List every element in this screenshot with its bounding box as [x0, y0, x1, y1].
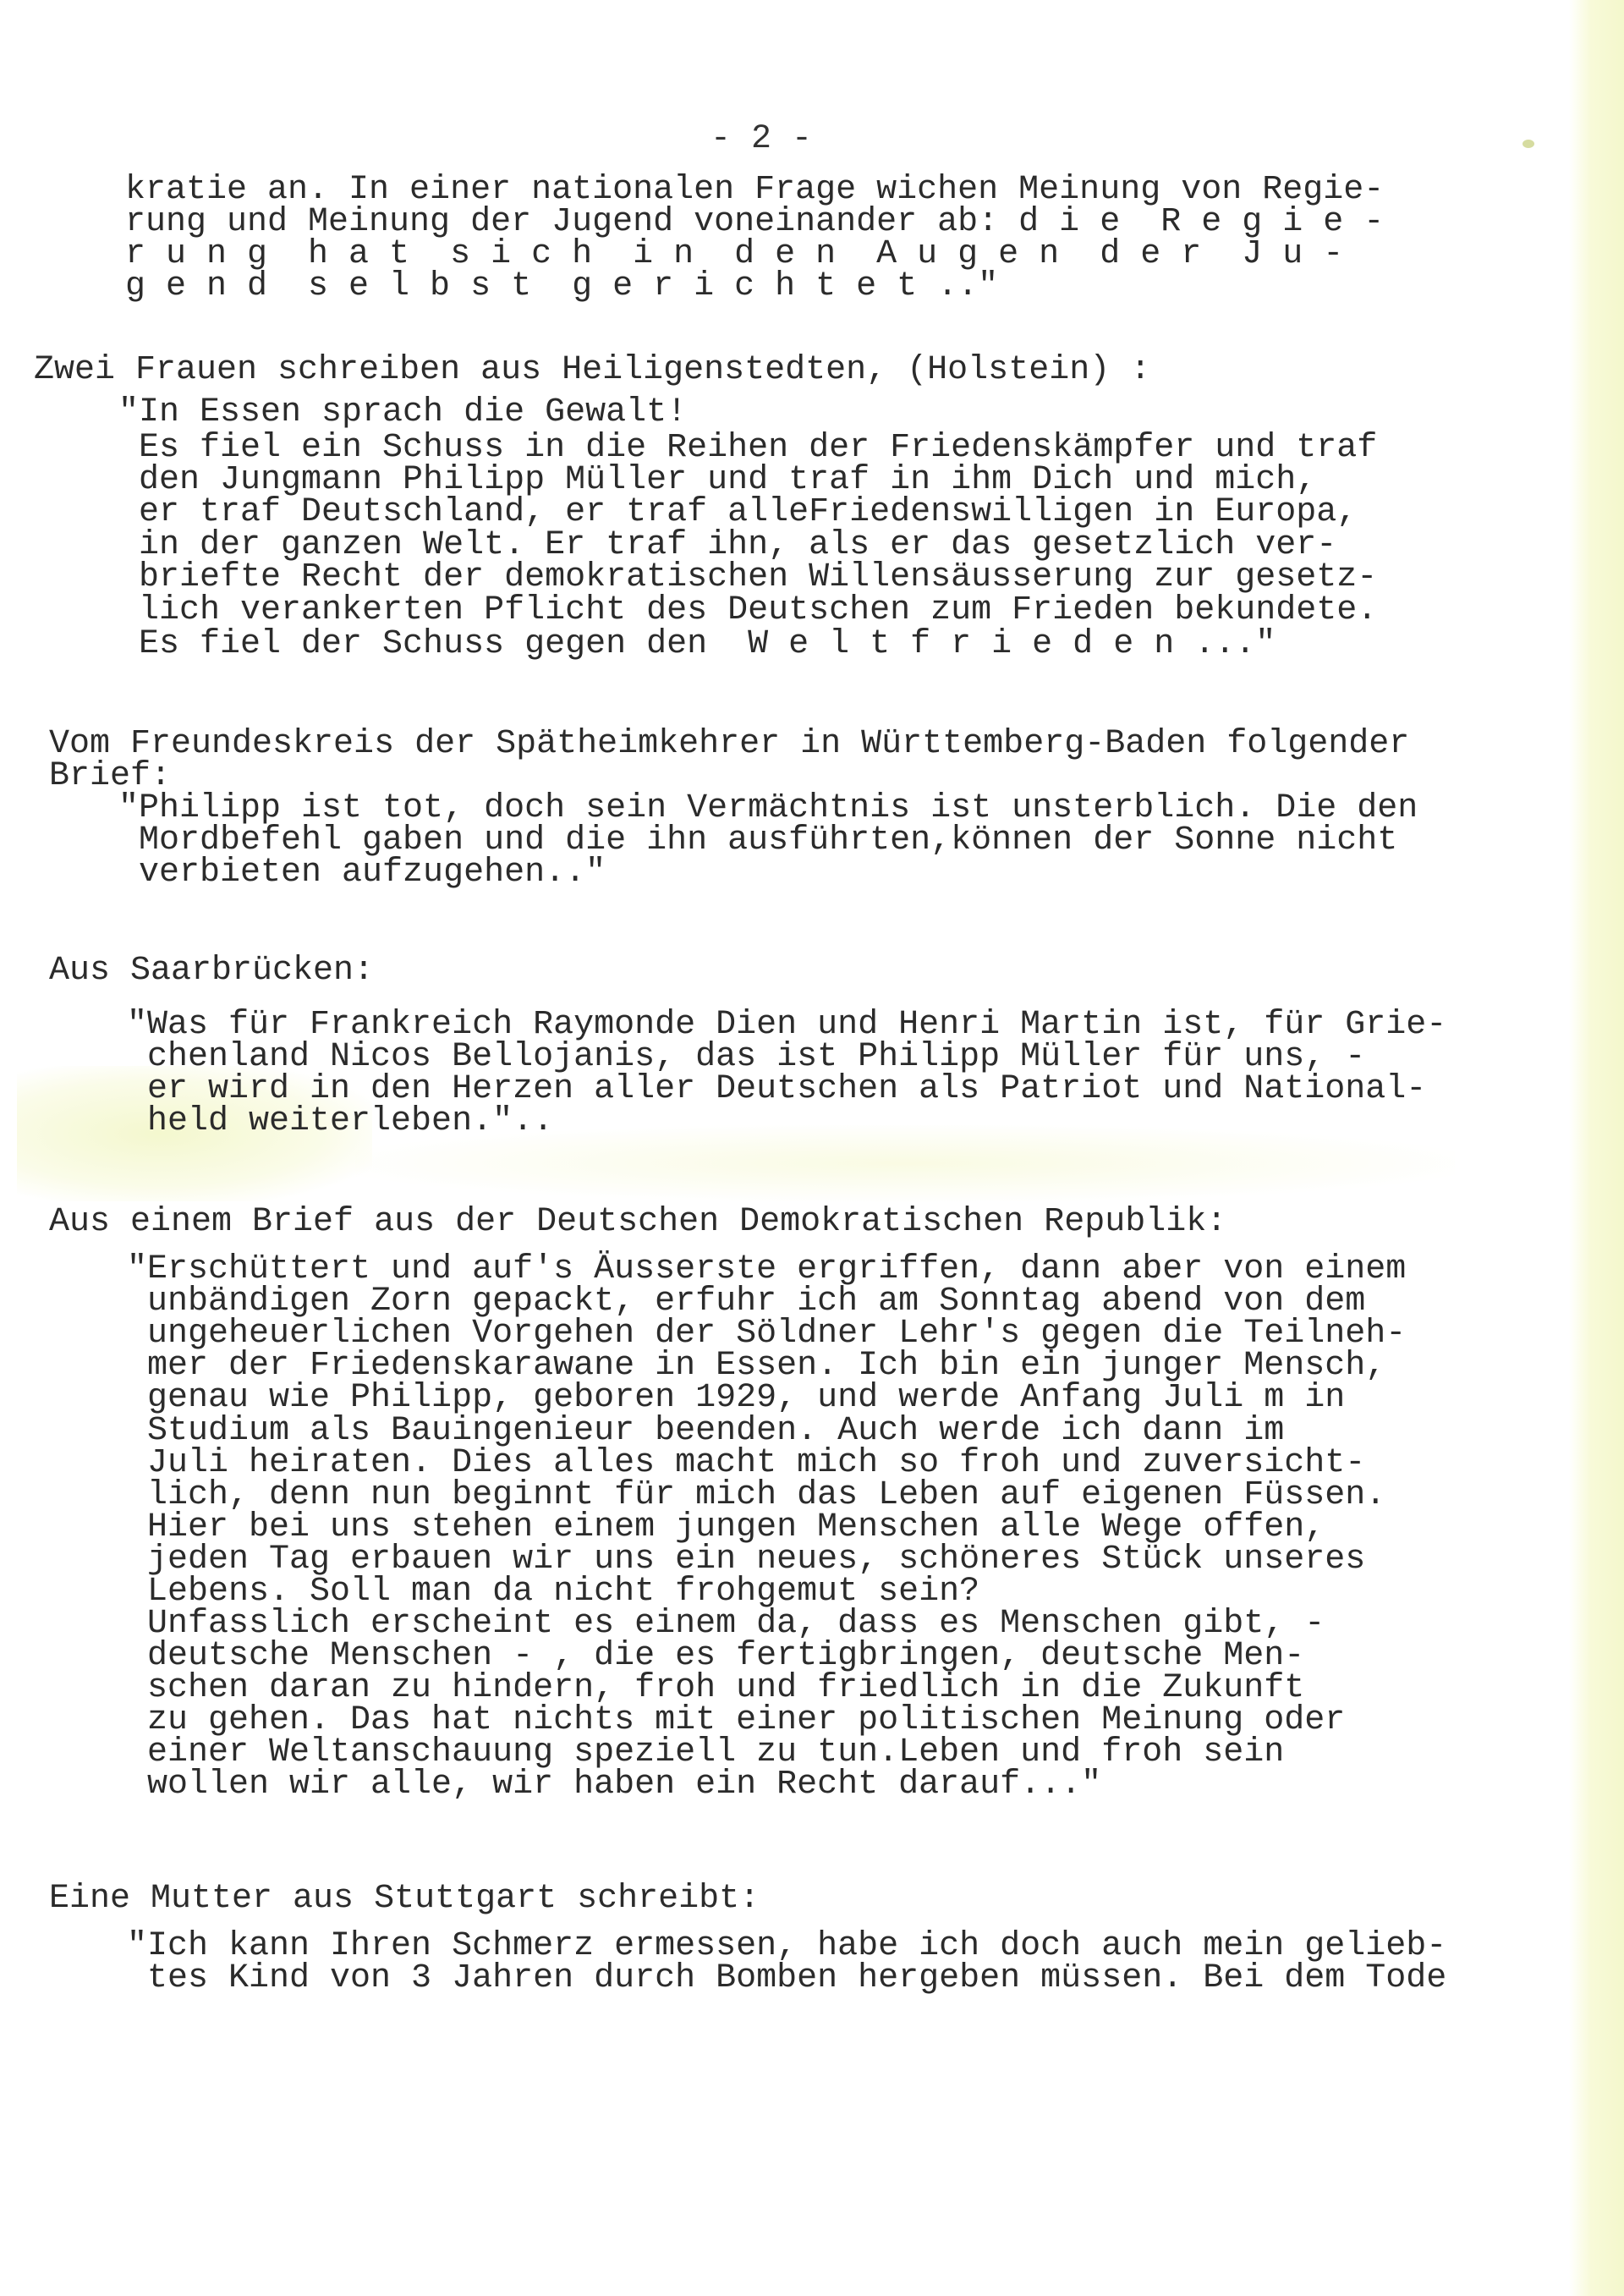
section-heading: Vom Freundeskreis der Spätheimkehrer in …: [49, 728, 1409, 761]
text-line: r u n g h a t s i c h i n d e n A u g e …: [125, 238, 1343, 272]
quote-line: einer Weltanschauung speziell zu tun.Leb…: [127, 1736, 1284, 1770]
quote-line: unbändigen Zorn gepackt, erfuhr ich am S…: [127, 1285, 1365, 1319]
text-line: g e n d s e l b s t g e r i c h t e t ..…: [125, 270, 998, 304]
quote-line: "Philipp ist tot, doch sein Vermächtnis …: [118, 792, 1418, 826]
quote-line: ungeheuerlichen Vorgehen der Söldner Leh…: [127, 1317, 1406, 1351]
quote-line: jeden Tag erbauen wir uns ein neues, sch…: [127, 1543, 1365, 1577]
section-heading-cont: Brief:: [49, 760, 171, 794]
section-heading: Zwei Frauen schreiben aus Heiligenstedte…: [34, 354, 1150, 387]
quote-line: Es fiel der Schuss gegen den W e l t f r…: [118, 628, 1276, 662]
quote-line: verbieten aufzugehen..": [118, 856, 606, 890]
quote-line: er wird in den Herzen aller Deutschen al…: [127, 1073, 1426, 1107]
quote-line: lich, denn nun beginnt für mich das Lebe…: [127, 1479, 1385, 1513]
paper-speck: [1522, 140, 1534, 148]
quote-line: er traf Deutschland, er traf alleFrieden…: [118, 496, 1357, 530]
quote-line: schen daran zu hindern, froh und friedli…: [127, 1672, 1304, 1706]
section-heading: Eine Mutter aus Stuttgart schreibt:: [49, 1882, 760, 1916]
quote-line: tes Kind von 3 Jahren durch Bomben herge…: [127, 1962, 1446, 1996]
quote-line: mer der Friedenskarawane in Essen. Ich b…: [127, 1349, 1385, 1383]
quote-line: "Erschüttert und auf's Äusserste ergriff…: [127, 1253, 1406, 1287]
quote-line: Studium als Bauingenieur beenden. Auch w…: [127, 1414, 1284, 1448]
quote-line: deutsche Menschen - , die es fertigbring…: [127, 1640, 1304, 1673]
quote-line: genau wie Philipp, geboren 1929, und wer…: [127, 1381, 1345, 1415]
quote-line: Mordbefehl gaben und die ihn ausführten,…: [118, 824, 1397, 858]
quote-line: wollen wir alle, wir haben ein Recht dar…: [127, 1768, 1101, 1802]
quote-line: briefte Recht der demokratischen Willens…: [118, 561, 1377, 595]
section-heading: Aus Saarbrücken:: [49, 954, 374, 988]
quote-line: den Jungmann Philipp Müller und traf in …: [118, 464, 1316, 497]
quote-line: Unfasslich erscheint es einem da, dass e…: [127, 1607, 1325, 1641]
quote-line: zu gehen. Das hat nichts mit einer polit…: [127, 1704, 1345, 1738]
quote-line: chenland Nicos Bellojanis, das ist Phili…: [127, 1041, 1365, 1074]
quote-line: Hier bei uns stehen einem jungen Mensche…: [127, 1511, 1325, 1545]
quote-line: "Ich kann Ihren Schmerz ermessen, habe i…: [127, 1930, 1446, 1964]
quote-line: Lebens. Soll man da nicht frohgemut sein…: [127, 1575, 979, 1609]
quote-line: Juli heiraten. Dies alles macht mich so …: [127, 1447, 1365, 1480]
text-line: kratie an. In einer nationalen Frage wic…: [125, 173, 1384, 207]
quote-line: lich verankerten Pflicht des Deutschen z…: [118, 594, 1377, 628]
quote-line: in der ganzen Welt. Er traf ihn, als er …: [118, 529, 1336, 563]
quote-line: "Was für Frankreich Raymonde Dien und He…: [127, 1008, 1446, 1042]
text-line: rung und Meinung der Jugend voneinander …: [125, 206, 1384, 239]
page-number: - 2 -: [677, 120, 846, 158]
quote-line: Es fiel ein Schuss in die Reihen der Fri…: [118, 431, 1377, 465]
section-heading: Aus einem Brief aus der Deutschen Demokr…: [49, 1206, 1226, 1239]
paper-stain-right: [1569, 0, 1624, 2296]
quote-line: "In Essen sprach die Gewalt!: [118, 396, 687, 430]
quote-line: held weiterleben."..: [127, 1105, 553, 1139]
